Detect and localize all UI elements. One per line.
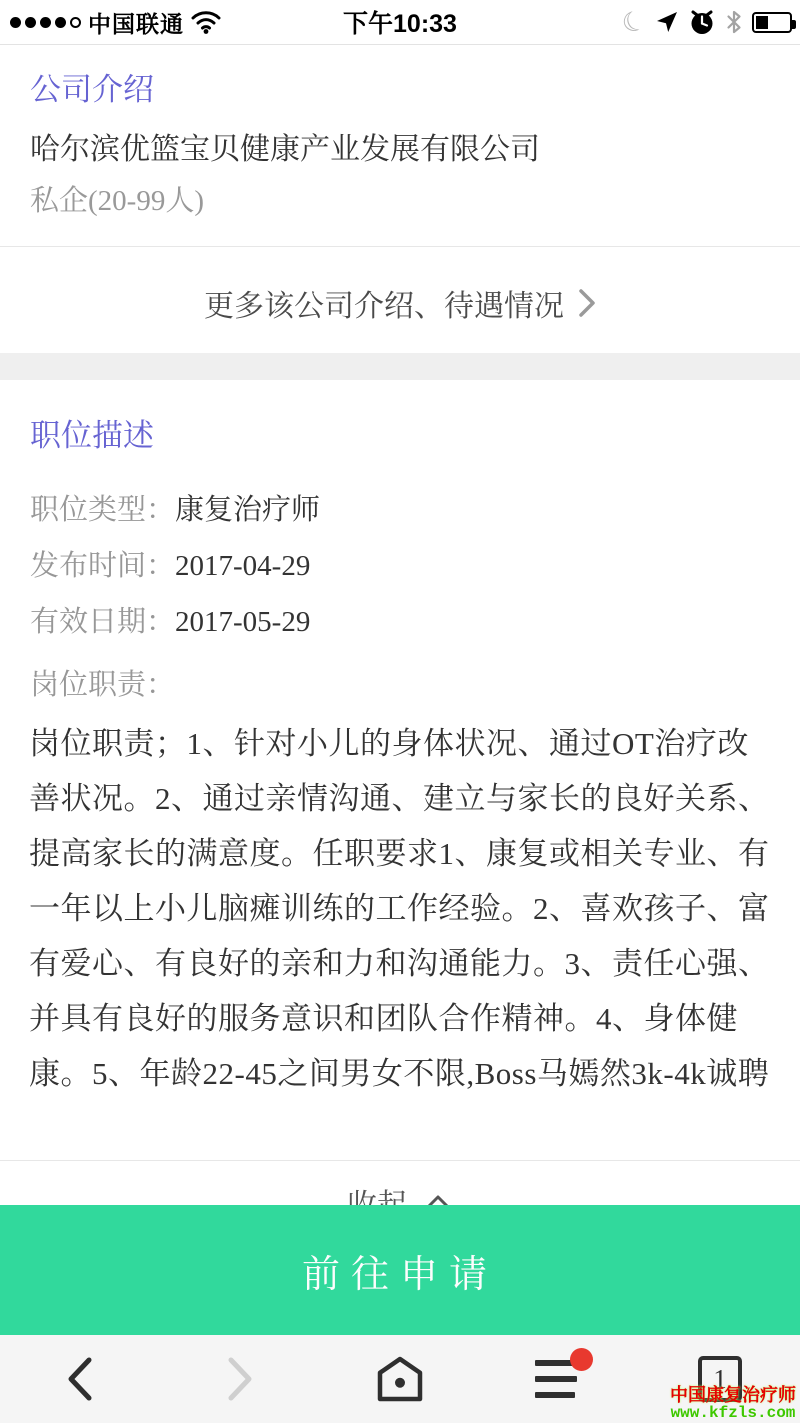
menu-bar: [535, 1376, 577, 1382]
publish-date-label: 发布时间：: [30, 550, 175, 582]
apply-button[interactable]: 前往申请: [0, 1205, 800, 1335]
job-type-row: 职位类型：康复治疗师: [30, 487, 320, 528]
status-bar: 中国联通 下午10:33 ☾: [0, 0, 800, 45]
forward-button[interactable]: [160, 1335, 320, 1423]
menu-bar: [535, 1392, 575, 1398]
publish-date-row: 发布时间：2017-04-29: [30, 543, 310, 584]
duty-label: 岗位职责：: [30, 669, 175, 701]
watermark-url: www.kfzls.com: [670, 1405, 796, 1423]
company-type-size: 私企(20-99人): [30, 178, 204, 219]
more-company-info-link[interactable]: 更多该公司介绍、待遇情况: [0, 268, 800, 338]
moon-icon: ☾: [618, 5, 650, 39]
job-section-title: 职位描述: [30, 410, 154, 455]
back-button[interactable]: [0, 1335, 160, 1423]
watermark-title: 中国康复治疗师: [670, 1386, 796, 1406]
valid-date-label: 有效日期：: [30, 606, 175, 638]
job-type-value: 康复治疗师: [175, 494, 320, 526]
apply-button-label: 前往申请: [302, 1243, 498, 1298]
menu-button[interactable]: [480, 1335, 640, 1423]
notification-badge: [570, 1348, 593, 1371]
battery-nub: [792, 20, 796, 29]
duty-row: 岗位职责：: [30, 662, 175, 703]
divider: [0, 246, 800, 247]
location-arrow-icon: [655, 10, 679, 34]
section-separator: [0, 353, 800, 380]
mobile-browser-page: 中国联通 下午10:33 ☾: [0, 0, 800, 1423]
divider: [0, 1160, 800, 1161]
valid-date-row: 有效日期：2017-05-29: [30, 599, 310, 640]
status-bar-right: ☾: [622, 0, 792, 44]
more-link-label: 更多该公司介绍、待遇情况: [204, 281, 564, 325]
home-button[interactable]: [320, 1335, 480, 1423]
company-name: 哈尔滨优篮宝贝健康产业发展有限公司: [30, 124, 540, 168]
menu-icon: [535, 1357, 585, 1401]
valid-date-value: 2017-05-29: [175, 606, 310, 638]
battery-icon: [752, 12, 792, 33]
site-watermark: 中国康复治疗师 www.kfzls.com: [670, 1386, 796, 1423]
company-section-title: 公司介绍: [30, 64, 154, 109]
battery-fill: [756, 16, 768, 29]
job-description-text: 岗位职责；1、针对小儿的身体状况、通过OT治疗改善状况。2、通过亲情沟通、建立与…: [29, 716, 771, 1101]
bluetooth-icon: [725, 9, 743, 35]
alarm-clock-icon: [688, 8, 716, 36]
job-type-label: 职位类型：: [30, 494, 175, 526]
chevron-right-icon: [578, 287, 596, 319]
publish-date-value: 2017-04-29: [175, 550, 310, 582]
